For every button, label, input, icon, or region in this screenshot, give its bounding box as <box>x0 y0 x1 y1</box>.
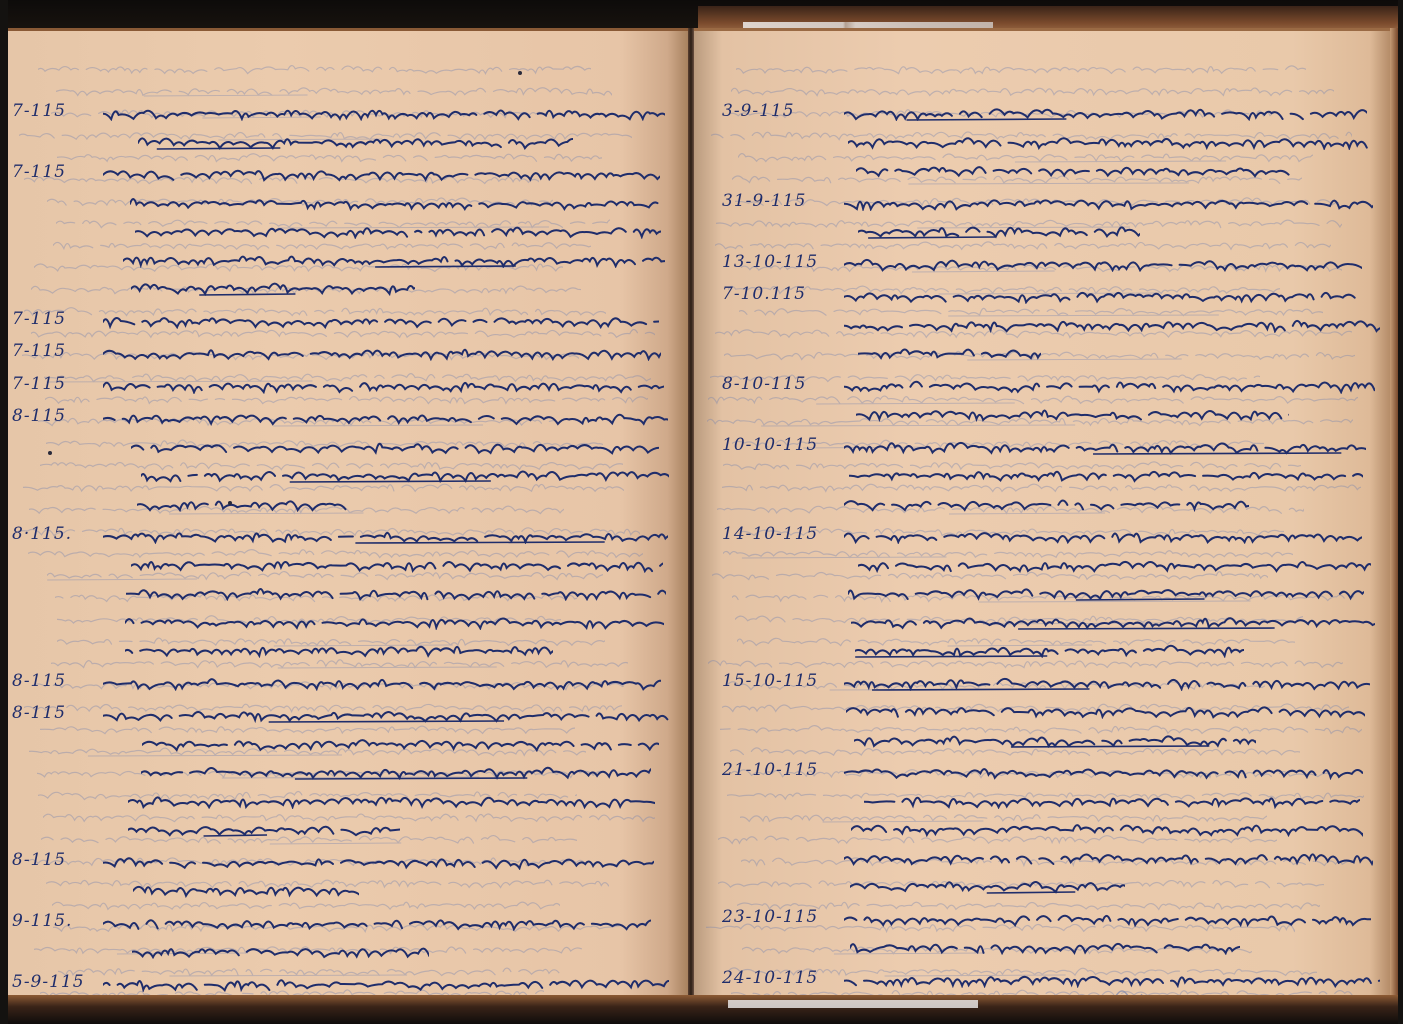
bleed-through-ink <box>56 83 612 97</box>
right-handwritten-line <box>844 315 1380 333</box>
right-entry-date: 8-10-115 <box>722 374 806 394</box>
left-handwritten-line <box>103 164 660 182</box>
left-handwritten-line <box>130 193 659 211</box>
bleed-through-ink <box>715 237 1332 251</box>
left-entry-date: 8-115 <box>12 671 66 691</box>
left-handwritten-line <box>103 852 654 870</box>
left-handwritten-line <box>131 278 416 296</box>
right-entry-date: 23-10-115 <box>722 907 818 927</box>
left-handwritten-line <box>103 974 669 992</box>
right-handwritten-line <box>844 673 1370 691</box>
right-handwritten-line <box>844 437 1366 455</box>
right-handwritten-line <box>850 876 1125 894</box>
left-handwritten-line <box>138 132 573 150</box>
left-handwritten-line <box>128 819 400 837</box>
right-handwritten-line <box>855 640 1244 658</box>
right-handwritten-line <box>849 465 1362 483</box>
bleed-through-ink <box>57 149 601 163</box>
left-entry-date: 7-115 <box>12 374 66 394</box>
right-handwritten-line <box>854 730 1256 748</box>
left-handwritten-line <box>125 640 553 658</box>
right-handwritten-line <box>844 762 1363 780</box>
bleed-through-ink <box>736 61 1306 75</box>
right-entry-date: 13-10-115 <box>722 252 818 272</box>
left-handwritten-line <box>123 250 664 268</box>
right-handwritten-line <box>844 254 1362 272</box>
left-handwritten-line <box>132 941 429 959</box>
left-entry-date: 5-9-115 <box>12 972 85 992</box>
right-entry-date: 21-10-115 <box>722 760 818 780</box>
left-handwritten-line <box>103 673 661 691</box>
left-handwritten-line <box>137 494 351 512</box>
left-handwritten-line <box>103 913 651 931</box>
right-handwritten-line <box>844 494 1249 512</box>
right-handwritten-line <box>848 132 1371 150</box>
right-handwritten-line <box>844 286 1362 304</box>
right-handwritten-line <box>846 701 1365 719</box>
left-handwritten-line <box>141 762 652 780</box>
ink-speck <box>228 501 232 505</box>
right-page: 3-9-11531-9-11513-10-1157-10.1158-10-115… <box>694 28 1398 1006</box>
left-handwritten-line <box>131 437 660 455</box>
right-handwritten-line <box>851 819 1364 837</box>
right-handwritten-line <box>858 221 1139 239</box>
left-handwritten-line <box>103 705 669 723</box>
bleed-through-ink <box>38 61 591 75</box>
right-handwritten-line <box>856 404 1289 422</box>
right-handwritten-line <box>851 612 1375 630</box>
right-handwritten-line <box>844 193 1373 211</box>
left-handwritten-line <box>141 465 669 483</box>
right-handwritten-line <box>858 343 1041 361</box>
left-handwritten-line <box>103 103 665 121</box>
left-handwritten-line <box>103 376 664 394</box>
right-handwritten-line <box>844 526 1362 544</box>
left-handwritten-line <box>103 408 668 426</box>
left-entry-date: 7-115 <box>12 162 66 182</box>
right-handwritten-line <box>844 909 1371 927</box>
left-handwritten-line <box>135 221 661 239</box>
ink-speck <box>48 451 52 455</box>
left-handwritten-line <box>103 526 668 544</box>
left-entry-date: 7-115 <box>12 101 66 121</box>
bottom-page-edge <box>8 995 1398 1024</box>
right-entry-date: 10-10-115 <box>722 435 818 455</box>
left-handwritten-line <box>131 555 663 573</box>
right-entry-date: 7-10.115 <box>722 284 806 304</box>
right-entry-date: 3-9-115 <box>722 101 795 121</box>
right-handwritten-line <box>864 791 1360 809</box>
bleed-through-ink <box>52 897 560 911</box>
right-handwritten-line <box>848 583 1365 601</box>
right-entry-date: 15-10-115 <box>722 671 818 691</box>
right-entry-date: 31-9-115 <box>722 191 806 211</box>
left-entry-date: 9-115. <box>12 911 72 931</box>
right-handwritten-line <box>844 848 1373 866</box>
left-page: 7-1157-1157-1157-1157-1158-1158·115.8-11… <box>8 28 688 1006</box>
left-handwritten-line <box>126 583 666 601</box>
left-handwritten-line <box>103 311 659 329</box>
left-handwritten-line <box>125 612 665 630</box>
bleed-through-ink <box>731 83 1335 97</box>
left-entry-date: 7-115 <box>12 341 66 361</box>
right-handwritten-line <box>844 970 1380 988</box>
right-handwritten-line <box>844 103 1367 121</box>
right-handwritten-line <box>850 937 1240 955</box>
open-book: 7-1157-1157-1157-1157-1158-1158·115.8-11… <box>8 0 1398 1024</box>
right-page-edge <box>1390 28 1398 1003</box>
right-entry-date: 24-10-115 <box>722 968 818 988</box>
bottom-page-tab <box>728 1000 978 1008</box>
left-handwritten-line <box>133 880 358 898</box>
left-handwritten-line <box>128 791 655 809</box>
left-entry-date: 8-115 <box>12 850 66 870</box>
left-entry-date: 8·115. <box>12 524 72 544</box>
left-entry-date: 8-115 <box>12 703 66 723</box>
right-handwritten-line <box>844 376 1375 394</box>
left-handwritten-line <box>142 734 659 752</box>
left-entry-date: 8-115 <box>12 406 66 426</box>
ink-speck <box>518 71 522 75</box>
left-entry-date: 7-115 <box>12 309 66 329</box>
right-entry-date: 14-10-115 <box>722 524 818 544</box>
right-handwritten-line <box>856 160 1290 178</box>
right-handwritten-line <box>858 555 1371 573</box>
left-handwritten-line <box>103 343 661 361</box>
